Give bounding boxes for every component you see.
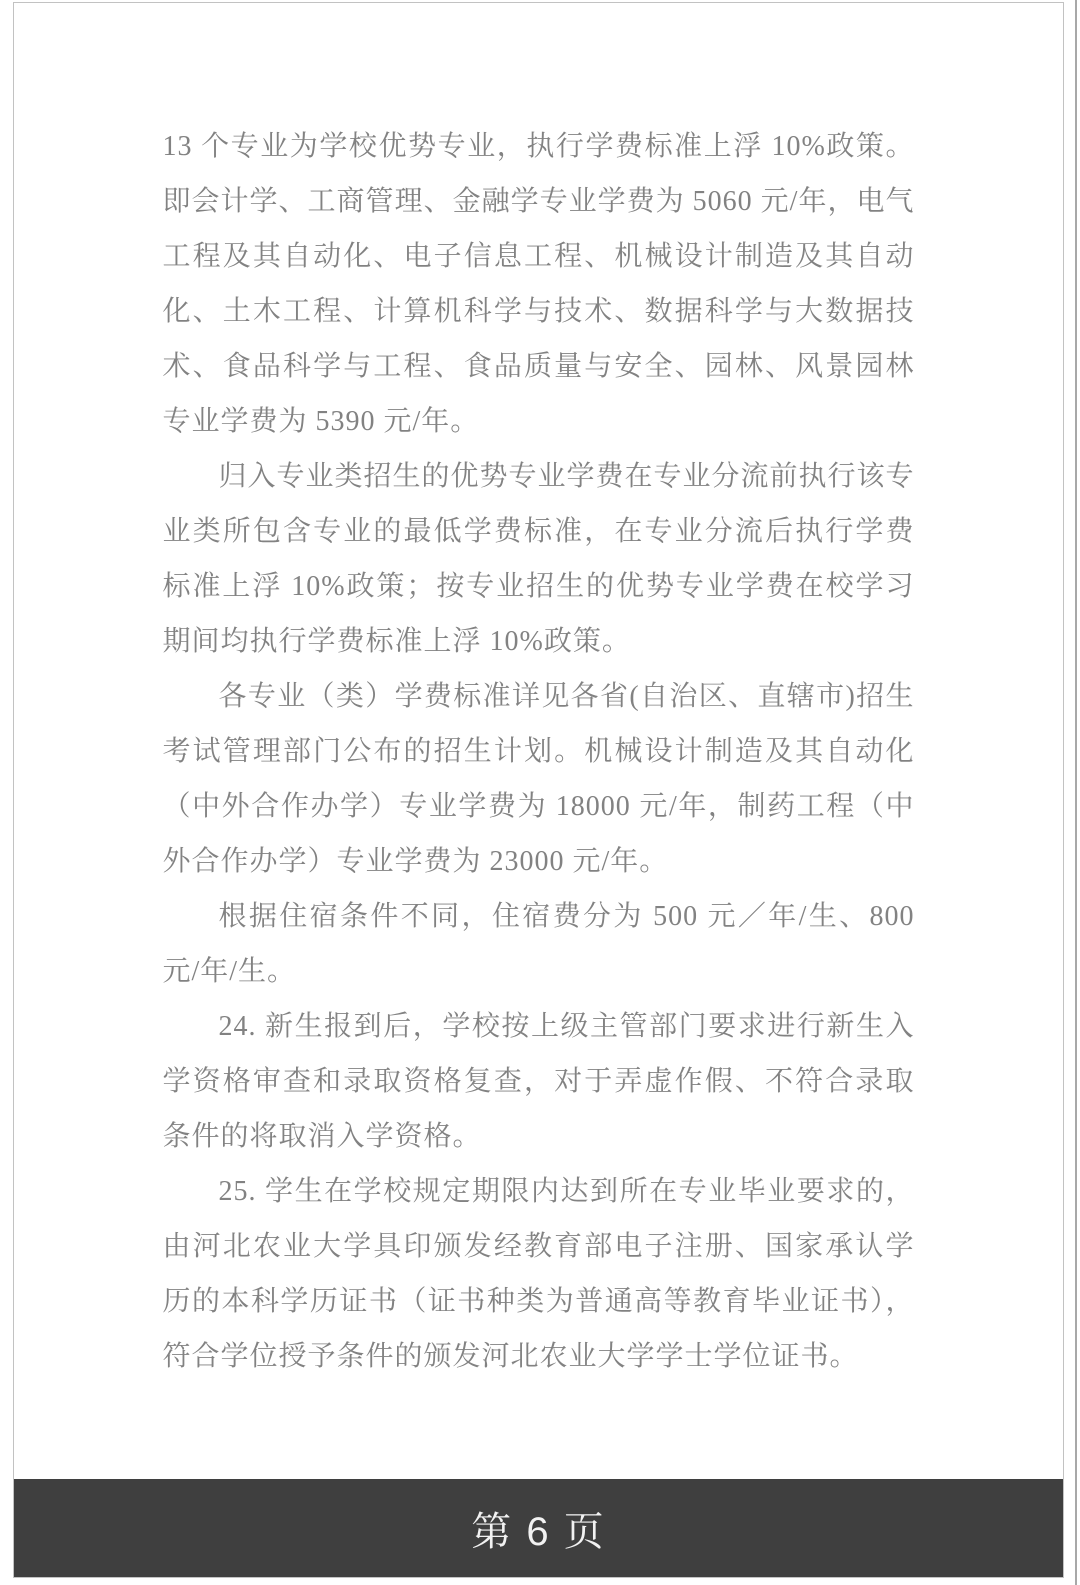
screenshot-viewport: 13 个专业为学校优势专业，执行学费标准上浮 10%政策。即会计学、工商管理、金…: [0, 0, 1080, 1585]
paragraph-item-25-graduation-certificate: 25. 学生在学校规定期限内达到所在专业毕业要求的，由河北农业大学具印颁发经教育…: [163, 1164, 915, 1384]
paragraph-item-24-enrollment-review: 24. 新生报到后，学校按上级主管部门要求进行新生入学资格审查和录取资格复查，对…: [163, 999, 915, 1164]
paragraph-tuition-advantage-majors: 13 个专业为学校优势专业，执行学费标准上浮 10%政策。即会计学、工商管理、金…: [163, 119, 915, 449]
right-edge-divider: [1075, 0, 1077, 1585]
page-content: 13 个专业为学校优势专业，执行学费标准上浮 10%政策。即会计学、工商管理、金…: [163, 119, 915, 1384]
document-page: 13 个专业为学校优势专业，执行学费标准上浮 10%政策。即会计学、工商管理、金…: [13, 2, 1064, 1578]
paragraph-major-group-tuition-policy: 归入专业类招生的优势专业学费在专业分流前执行该专业类所包含专业的最低学费标准，在…: [163, 449, 915, 669]
paragraph-accommodation-fee: 根据住宿条件不同，住宿费分为 500 元／年/生、800 元/年/生。: [163, 889, 915, 999]
page-footer-bar: 第 6 页: [14, 1479, 1063, 1577]
page-number-label: 第 6 页: [471, 1500, 605, 1557]
paragraph-tuition-standards-detail: 各专业（类）学费标准详见各省(自治区、直辖市)招生考试管理部门公布的招生计划。机…: [163, 669, 915, 889]
